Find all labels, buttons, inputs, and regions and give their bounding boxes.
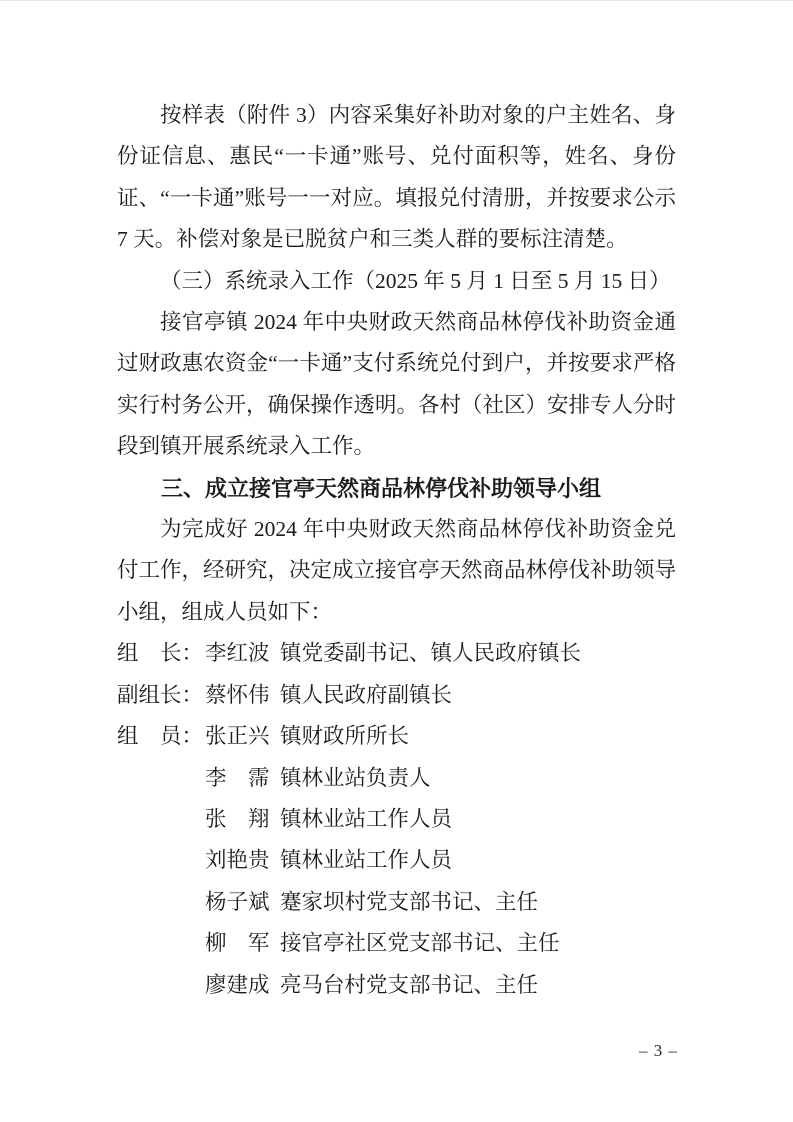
member-position: 亮马台村党支部书记、主任 — [280, 965, 538, 1006]
leadership-row-member: 廖建成 亮马台村党支部书记、主任 — [117, 965, 676, 1006]
page-number: – 3 – — [639, 1040, 678, 1062]
member-role — [117, 758, 205, 799]
member-name: 廖建成 — [205, 965, 272, 1006]
member-name: 柳 军 — [205, 923, 272, 964]
member-name: 李红波 — [205, 633, 272, 674]
member-position: 镇林业站工作人员 — [280, 799, 452, 840]
member-name: 张 翔 — [205, 799, 272, 840]
member-name: 刘艳贵 — [205, 840, 272, 881]
member-name: 张正兴 — [205, 716, 272, 757]
leadership-row-member: 张 翔 镇林业站工作人员 — [117, 799, 676, 840]
member-role — [117, 965, 205, 1006]
paragraph-system-entry-detail: 接官亭镇 2024 年中央财政天然商品林停伐补助资金通过财政惠农资金“一卡通”支… — [117, 302, 676, 468]
member-role: 副组长： — [117, 675, 205, 716]
member-role — [117, 923, 205, 964]
paragraph-data-collection: 按样表（附件 3）内容采集好补助对象的户主姓名、身份证信息、惠民“一卡通”账号、… — [117, 95, 676, 261]
section-heading-system-entry: （三）系统录入工作（2025 年 5 月 1 日至 5 月 15 日） — [117, 261, 676, 302]
leadership-row-member: 杨子斌 蹇家坝村党支部书记、主任 — [117, 882, 676, 923]
member-position: 镇党委副书记、镇人民政府镇长 — [280, 633, 581, 674]
document-page: 按样表（附件 3）内容采集好补助对象的户主姓名、身份证信息、惠民“一卡通”账号、… — [0, 0, 793, 1122]
leadership-row-member: 组 员： 张正兴 镇财政所所长 — [117, 716, 676, 757]
leadership-row-member: 柳 军 接官亭社区党支部书记、主任 — [117, 923, 676, 964]
member-role: 组 长： — [117, 633, 205, 674]
leadership-row-member: 李 霈 镇林业站负责人 — [117, 758, 676, 799]
leadership-row-member: 刘艳贵 镇林业站工作人员 — [117, 840, 676, 881]
member-position: 镇林业站负责人 — [280, 758, 431, 799]
member-position: 接官亭社区党支部书记、主任 — [280, 923, 560, 964]
member-role — [117, 799, 205, 840]
document-body: 按样表（附件 3）内容采集好补助对象的户主姓名、身份证信息、惠民“一卡通”账号、… — [117, 95, 676, 1006]
member-position: 蹇家坝村党支部书记、主任 — [280, 882, 538, 923]
member-name: 蔡怀伟 — [205, 675, 272, 716]
member-role: 组 员： — [117, 716, 205, 757]
leadership-row-leader: 组 长： 李红波 镇党委副书记、镇人民政府镇长 — [117, 633, 676, 674]
paragraph-leading-group-intro: 为完成好 2024 年中央财政天然商品林停伐补助资金兑付工作，经研究，决定成立接… — [117, 509, 676, 633]
member-role — [117, 882, 205, 923]
member-role — [117, 840, 205, 881]
member-name: 李 霈 — [205, 758, 272, 799]
section-heading-leading-group: 三、成立接官亭天然商品林停伐补助领导小组 — [117, 468, 676, 509]
member-position: 镇林业站工作人员 — [280, 840, 452, 881]
leadership-row-deputy-leader: 副组长： 蔡怀伟 镇人民政府副镇长 — [117, 675, 676, 716]
member-position: 镇财政所所长 — [280, 716, 409, 757]
member-name: 杨子斌 — [205, 882, 272, 923]
member-position: 镇人民政府副镇长 — [280, 675, 452, 716]
